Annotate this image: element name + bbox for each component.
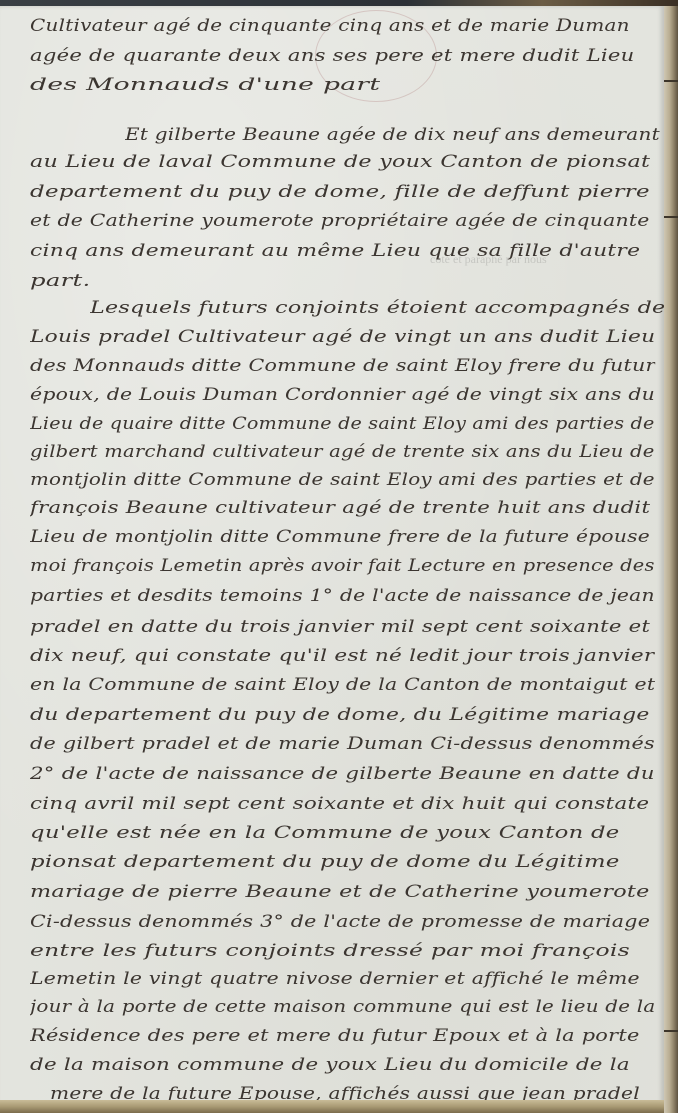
handwritten-line: agée de quarante deux ans ses pere et me… bbox=[30, 46, 634, 76]
handwritten-line: au Lieu de laval Commune de youx Canton … bbox=[30, 152, 650, 182]
handwritten-line: montjolin ditte Commune de saint Eloy am… bbox=[30, 470, 655, 500]
handwritten-line: gilbert marchand cultivateur agé de tren… bbox=[30, 442, 655, 472]
handwritten-line: de gilbert pradel et de marie Duman Ci-d… bbox=[30, 734, 655, 764]
handwritten-line: jour à la porte de cette maison commune … bbox=[30, 997, 655, 1027]
spine-mark bbox=[664, 80, 678, 82]
handwritten-line: Ci-dessus denommés 3° de l'acte de prome… bbox=[30, 912, 650, 942]
handwritten-line: dix neuf, qui constate qu'il est né ledi… bbox=[30, 646, 654, 676]
handwritten-line: Cultivateur agé de cinquante cinq ans et… bbox=[30, 16, 630, 46]
handwritten-line: Résidence des pere et mere du futur Epou… bbox=[30, 1026, 640, 1056]
handwritten-line: Lemetin le vingt quatre nivose dernier e… bbox=[30, 969, 640, 999]
spine-mark bbox=[664, 1030, 678, 1032]
handwritten-line: pradel en datte du trois janvier mil sep… bbox=[30, 617, 650, 647]
manuscript-page: coté et paraphé par nous Cultivateur agé… bbox=[0, 6, 664, 1106]
handwritten-line: Louis pradel Cultivateur agé de vingt un… bbox=[30, 327, 655, 357]
handwritten-line: entre les futurs conjoints dressé par mo… bbox=[30, 941, 630, 971]
spine-mark bbox=[664, 216, 678, 218]
handwritten-line: de la maison commune de youx Lieu du dom… bbox=[30, 1055, 630, 1085]
handwritten-line: departement du puy de dome, fille de def… bbox=[30, 182, 650, 212]
handwritten-line: des Monnauds ditte Commune de saint Eloy… bbox=[30, 356, 656, 386]
book-spine-edge bbox=[664, 6, 678, 1113]
handwritten-line: pionsat departement du puy de dome du Lé… bbox=[30, 852, 620, 882]
handwritten-line: moi françois Lemetin après avoir fait Le… bbox=[30, 556, 655, 586]
handwritten-line: françois Beaune cultivateur agé de trent… bbox=[30, 498, 650, 528]
scan-bottom-edge bbox=[0, 1100, 664, 1113]
handwritten-line: Et gilberte Beaune agée de dix neuf ans … bbox=[125, 125, 660, 155]
handwritten-line: cinq ans demeurant au même Lieu que sa f… bbox=[30, 241, 640, 271]
handwritten-line: du departement du puy de dome, du Légiti… bbox=[30, 705, 650, 735]
handwritten-line: mariage de pierre Beaune et de Catherine… bbox=[30, 882, 650, 912]
handwritten-line: et de Catherine youmerote propriétaire a… bbox=[30, 211, 650, 241]
handwritten-line: des Monnauds d'une part bbox=[30, 75, 380, 105]
handwritten-line: cinq avril mil sept cent soixante et dix… bbox=[30, 794, 649, 824]
handwritten-line: part. bbox=[30, 271, 91, 301]
handwritten-line: Lesquels futurs conjoints étoient accomp… bbox=[90, 298, 665, 328]
handwritten-line: Lieu de montjolin ditte Commune frere de… bbox=[30, 527, 650, 557]
handwritten-line: qu'elle est née en la Commune de youx Ca… bbox=[30, 823, 620, 853]
handwritten-line: 2° de l'acte de naissance de gilberte Be… bbox=[30, 764, 655, 794]
handwritten-line: époux, de Louis Duman Cordonnier agé de … bbox=[30, 385, 655, 415]
handwritten-line: Lieu de quaire ditte Commune de saint El… bbox=[30, 414, 655, 444]
handwritten-line: en la Commune de saint Eloy de la Canton… bbox=[30, 675, 655, 705]
handwritten-line: parties et desdits temoins 1° de l'acte … bbox=[30, 586, 655, 616]
